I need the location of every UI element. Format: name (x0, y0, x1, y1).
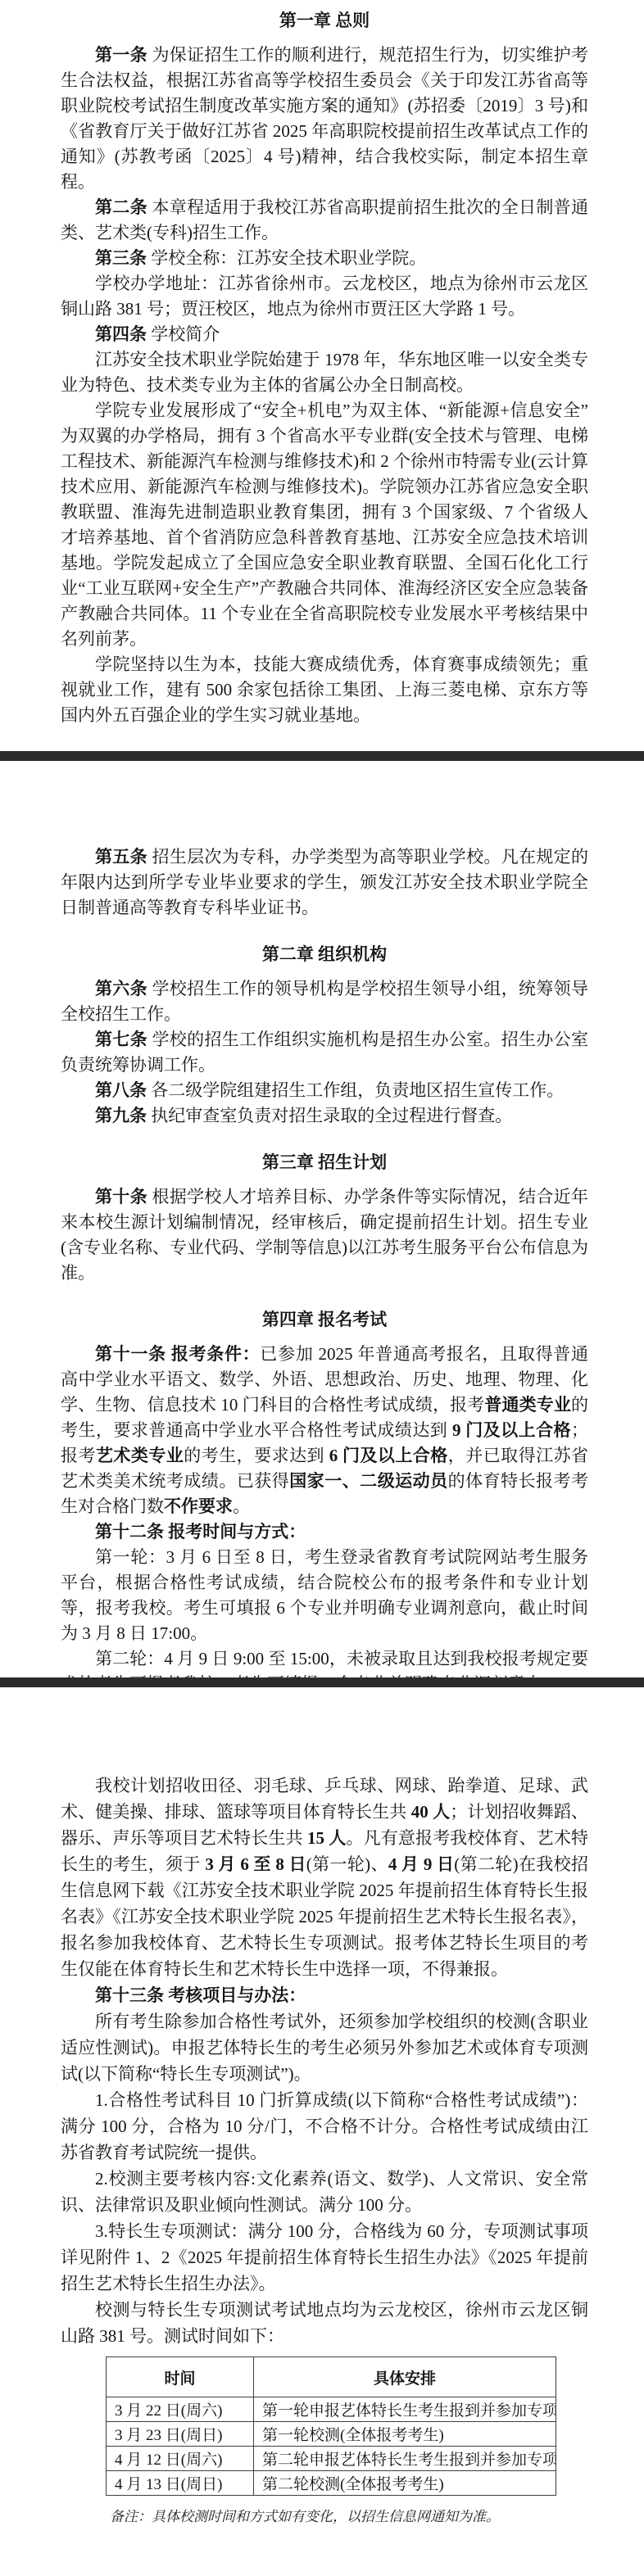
time-cell: 3 月 23 日(周日) (107, 2422, 254, 2447)
table-note: 备注：具体校测时间和方式如有变化，以招生信息网通知为准。 (110, 2508, 588, 2526)
table-header-row: 时间 具体安排 (107, 2357, 556, 2397)
text-run: 学校简介 (147, 324, 220, 344)
text-run: 江苏安全技术职业学院始建于 1978 年，华东地区唯一以安全类专业为特色、技术类… (61, 350, 588, 395)
paragraph: 第十三条 考核项目与办法： (61, 1982, 588, 2008)
paragraph: 第一轮：3 月 6 日至 8 日，考生登录省教育考试院网站考生服务平台，根据合格… (61, 1545, 588, 1646)
text-run: 学校办学地址：江苏省徐州市。云龙校区，地点为徐州市云龙区铜山路 381 号；贾汪… (61, 274, 588, 319)
paragraph: 1.合格性考试科目 10 门折算成绩(以下简称“合格性考试成绩”)：满分 100… (61, 2087, 588, 2166)
paragraph: 第二条 本章程适用于我校江苏省高职提前招生批次的全日制普通类、艺术类(专科)招生… (61, 195, 588, 246)
bold-text-run: 国家一、二级运动员 (289, 1471, 447, 1491)
page-3-content: 我校计划招收田径、羽毛球、乒乓球、网球、跆拳道、足球、武术、健美操、排球、篮球等… (61, 1772, 588, 2349)
text-run: 3.特长生专项测试：满分 100 分，合格线为 60 分，专项测试事项详见附件 … (61, 2221, 588, 2293)
bold-text-run: 第五条 (95, 847, 147, 867)
arrangement-cell: 第一轮申报艺体特长生考生报到并参加专项测试 (254, 2397, 556, 2422)
text-run: 为保证招生工作的顺利进行，规范招生行为，切实维护考生合法权益，根据江苏省高等学校… (61, 45, 588, 192)
paragraph: 2.校测主要考核内容:文化素养(语文、数学)、人文常识、安全常识、法律常识及职业… (61, 2166, 588, 2218)
paragraph: 第十二条 报考时间与方式： (61, 1519, 588, 1545)
text-run: 所有考生除参加合格性考试外，还须参加学校组织的校测(含职业适应性测试)。申报艺体… (61, 2012, 588, 2084)
paragraph: 第四条 学校简介 (61, 322, 588, 347)
bold-text-run: 4 月 9 日 (388, 1854, 454, 1874)
bold-text-run: 第十三条 考核项目与办法： (95, 1985, 306, 2005)
paragraph: 第六条 学校招生工作的领导机构是学校招生领导小组，统筹领导全校招生工作。 (61, 976, 588, 1027)
table-header-time: 时间 (107, 2357, 254, 2397)
bold-text-run: 第六条 (95, 979, 147, 998)
bold-text-run: 15 人 (307, 1828, 346, 1848)
bold-text-run: 第一条 (95, 45, 147, 65)
bold-text-run: 3 月 6 至 8 日 (205, 1854, 306, 1874)
bold-text-run: 第三条 (95, 248, 147, 268)
text-run: 的考生，要求达到 (184, 1446, 329, 1465)
paragraph: 我校计划招收田径、羽毛球、乒乓球、网球、跆拳道、足球、武术、健美操、排球、篮球等… (61, 1772, 588, 1982)
text-run: 执纪审查室负责对招生录取的全过程进行督查。 (147, 1106, 512, 1125)
bold-text-run: 40 人 (411, 1802, 450, 1822)
bold-text-run: 第七条 (95, 1030, 147, 1049)
document-page-2: 第五条 招生层次为专科，办学类型为高等职业学校。凡在规定的年限内达到所学专业毕业… (0, 761, 644, 1677)
paragraph: 第二轮：4 月 9 日 9:00 至 15:00，未被录取且达到我校报考规定要求… (61, 1646, 588, 1677)
chapter-heading: 第三章 招生计划 (61, 1150, 588, 1175)
bold-text-run: 第二条 (95, 197, 147, 217)
bold-text-run: 普通类专业 (484, 1395, 571, 1415)
text-run: (第一轮)、 (306, 1854, 388, 1874)
text-run: 第二轮：4 月 9 日 9:00 至 15:00，未被录取且达到我校报考规定要求… (61, 1649, 588, 1677)
arrangement-cell: 第一轮校测(全体报考考生) (254, 2422, 556, 2447)
bold-text-run: 第十一条 报考条件： (95, 1344, 260, 1364)
paragraph: 第八条 各二级学院组建招生工作组，负责地区招生宣传工作。 (61, 1078, 588, 1103)
bold-text-run: 艺术类专业 (96, 1446, 184, 1465)
arrangement-cell: 第二轮申报艺体特长生考生报到并参加专项测试 (254, 2447, 556, 2471)
page-1-content: 第一章 总则第一条 为保证招生工作的顺利进行，规范招生行为，切实维护考生合法权益… (61, 8, 588, 728)
table-row: 4 月 12 日(周六)第二轮申报艺体特长生考生报到并参加专项测试 (107, 2447, 556, 2471)
time-cell: 4 月 12 日(周六) (107, 2447, 254, 2471)
table-row: 3 月 22 日(周六)第一轮申报艺体特长生考生报到并参加专项测试 (107, 2397, 556, 2422)
table-header-arrangement: 具体安排 (254, 2357, 556, 2397)
chapter-heading: 第一章 总则 (61, 8, 588, 34)
table-row: 3 月 23 日(周日)第一轮校测(全体报考考生) (107, 2422, 556, 2447)
paragraph: 校测与特长生专项测试考试地点均为云龙校区，徐州市云龙区铜山路 381 号。测试时… (61, 2297, 588, 2349)
text-run: 1.合格性考试科目 10 门折算成绩(以下简称“合格性考试成绩”)：满分 100… (61, 2090, 588, 2162)
paragraph: 第三条 学校全称：江苏安全技术职业学院。 (61, 246, 588, 271)
paragraph: 学院专业发展形成了“安全+机电”为双主体、“新能源+信息安全”为双翼的办学格局，… (61, 398, 588, 652)
bold-text-run: 第十条 (95, 1187, 147, 1207)
paragraph: 学校办学地址：江苏省徐州市。云龙校区，地点为徐州市云龙区铜山路 381 号；贾汪… (61, 271, 588, 322)
text-run: 。 (233, 1496, 250, 1516)
schedule-table-body: 3 月 22 日(周六)第一轮申报艺体特长生考生报到并参加专项测试3 月 23 … (107, 2397, 556, 2496)
text-run: 学院专业发展形成了“安全+机电”为双主体、“新能源+信息安全”为双翼的办学格局，… (61, 401, 588, 649)
time-cell: 4 月 13 日(周日) (107, 2471, 254, 2496)
bold-text-run: 第四条 (95, 324, 147, 344)
page-2-content: 第五条 招生层次为专科，办学类型为高等职业学校。凡在规定的年限内达到所学专业毕业… (61, 844, 588, 1677)
arrangement-cell: 第二轮校测(全体报考考生) (254, 2471, 556, 2496)
bold-text-run: 第十二条 报考时间与方式： (95, 1522, 306, 1542)
page-separator (0, 1677, 644, 1687)
document-page-3: 我校计划招收田径、羽毛球、乒乓球、网球、跆拳道、足球、武术、健美操、排球、篮球等… (0, 1687, 644, 2576)
paragraph: 第十一条 报考条件：已参加 2025 年普通高考报名，且取得普通高中学业水平语文… (61, 1342, 588, 1519)
paragraph: 学院坚持以生为本，技能大赛成绩优秀，体育赛事成绩领先；重视就业工作，建有 500… (61, 652, 588, 728)
text-run: 第一轮：3 月 6 日至 8 日，考生登录省教育考试院网站考生服务平台，根据合格… (61, 1547, 588, 1643)
text-run: 校测与特长生专项测试考试地点均为云龙校区，徐州市云龙区铜山路 381 号。测试时… (61, 2300, 588, 2346)
text-run: 学校全称：江苏安全技术职业学院。 (147, 248, 426, 268)
paragraph: 所有考生除参加合格性考试外，还须参加学校组织的校测(含职业适应性测试)。申报艺体… (61, 2008, 588, 2087)
page-separator (0, 751, 644, 761)
bold-text-run: 不作要求 (164, 1496, 233, 1516)
time-cell: 3 月 22 日(周六) (107, 2397, 254, 2422)
bold-text-run: 第九条 (95, 1106, 147, 1125)
text-run: 学院坚持以生为本，技能大赛成绩优秀，体育赛事成绩领先；重视就业工作，建有 500… (61, 654, 588, 725)
paragraph: 第七条 学校的招生工作组织实施机构是招生办公室。招生办公室负责统筹协调工作。 (61, 1027, 588, 1078)
paragraph: 第九条 执纪审查室负责对招生录取的全过程进行督查。 (61, 1103, 588, 1129)
paragraph: 江苏安全技术职业学院始建于 1978 年，华东地区唯一以安全类专业为特色、技术类… (61, 347, 588, 398)
paragraph: 第十条 根据学校人才培养目标、办学条件等实际情况，结合近年来本校生源计划编制情况… (61, 1184, 588, 1286)
chapter-heading: 第四章 报名考试 (61, 1307, 588, 1333)
bold-text-run: 第一章 总则 (279, 11, 370, 30)
text-run: 各二级学院组建招生工作组，负责地区招生宣传工作。 (147, 1080, 564, 1100)
admissions-charter-document: 第一章 总则第一条 为保证招生工作的顺利进行，规范招生行为，切实维护考生合法权益… (0, 0, 644, 2576)
bold-text-run: 第二章 组织机构 (262, 944, 387, 964)
text-run: 2.校测主要考核内容:文化素养(语文、数学)、人文常识、安全常识、法律常识及职业… (61, 2169, 588, 2215)
paragraph: 第一条 为保证招生工作的顺利进行，规范招生行为，切实维护考生合法权益，根据江苏省… (61, 43, 588, 195)
chapter-heading: 第二章 组织机构 (61, 942, 588, 967)
table-row: 4 月 13 日(周日)第二轮校测(全体报考考生) (107, 2471, 556, 2496)
bold-text-run: 9 门及以上合格 (452, 1420, 571, 1440)
bold-text-run: 第四章 报名考试 (262, 1310, 387, 1329)
test-schedule-table: 时间 具体安排 3 月 22 日(周六)第一轮申报艺体特长生考生报到并参加专项测… (106, 2356, 556, 2496)
bold-text-run: 第八条 (95, 1080, 147, 1100)
bold-text-run: 6 门及以上合格 (329, 1446, 448, 1465)
paragraph: 3.特长生专项测试：满分 100 分，合格线为 60 分，专项测试事项详见附件 … (61, 2218, 588, 2297)
document-page-1: 第一章 总则第一条 为保证招生工作的顺利进行，规范招生行为，切实维护考生合法权益… (0, 0, 644, 751)
bold-text-run: 第三章 招生计划 (262, 1152, 387, 1172)
paragraph: 第五条 招生层次为专科，办学类型为高等职业学校。凡在规定的年限内达到所学专业毕业… (61, 844, 588, 921)
